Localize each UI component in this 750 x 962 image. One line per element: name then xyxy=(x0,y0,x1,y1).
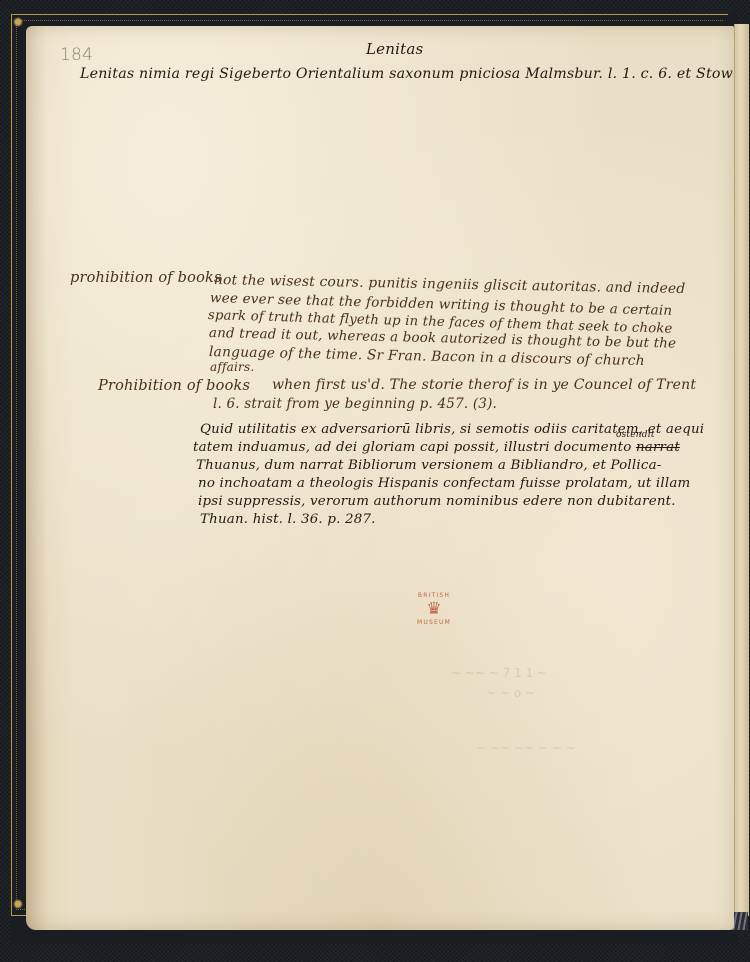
entry-thuanus-line: tatem induamus, ad dei gloriam capi poss… xyxy=(193,440,680,455)
struck-word: narrat xyxy=(636,440,680,455)
entry-prohibition-first-use-line: l. 6. strait from ye beginning p. 457. (… xyxy=(213,396,497,412)
entry-thuanus-line: Thuanus, dum narrat Bibliorum versionem … xyxy=(196,458,662,473)
entry-thuanus-text: tatem induamus, ad dei gloriam capi poss… xyxy=(193,440,631,455)
entry-prohibition-line: affairs. xyxy=(210,360,254,374)
entry-prohibition-first-use-line: when first us'd. The storie therof is in… xyxy=(272,377,696,393)
entry-thuanus-line: no inchoatam a theologis Hispanis confec… xyxy=(198,476,690,491)
show-through-text: ~ ~~ ~~ ~ ~ ~ xyxy=(476,741,576,755)
stamp-top-text: BRITISH xyxy=(412,592,456,599)
manuscript-page: ~ ~~ ~ 7 1 1 ~ ~ ~ o ~ ~ ~~ ~~ ~ ~ ~ 184… xyxy=(26,26,734,930)
interlinear-insertion: ostendit xyxy=(616,430,655,440)
page-heading: Lenitas xyxy=(366,40,423,58)
stamp-bottom-text: MUSEUM xyxy=(412,619,456,626)
show-through-text: ~ ~~ ~ 7 1 1 ~ xyxy=(451,666,547,680)
entry-thuanus-citation: Thuan. hist. l. 36. p. 287. xyxy=(200,512,376,527)
entry-lemma-prohibition: prohibition of books xyxy=(70,270,222,286)
entry-thuanus-line: ipsi suppressis, verorum authorum nomini… xyxy=(198,494,676,509)
entry-lemma-prohibition-first-use: Prohibition of books xyxy=(98,378,250,394)
folio-number: 184 xyxy=(60,45,93,65)
gilt-corner-ornament-icon xyxy=(12,16,24,28)
gilt-corner-ornament-icon xyxy=(12,898,24,910)
show-through-text: ~ ~ o ~ xyxy=(486,686,535,700)
page-fore-edge xyxy=(734,24,749,916)
british-museum-stamp: BRITISH ♛ MUSEUM xyxy=(412,592,456,638)
entry-lenitas: Lenitas nimia regi Sigeberto Orientalium… xyxy=(80,66,733,82)
crown-icon: ♛ xyxy=(412,599,456,619)
